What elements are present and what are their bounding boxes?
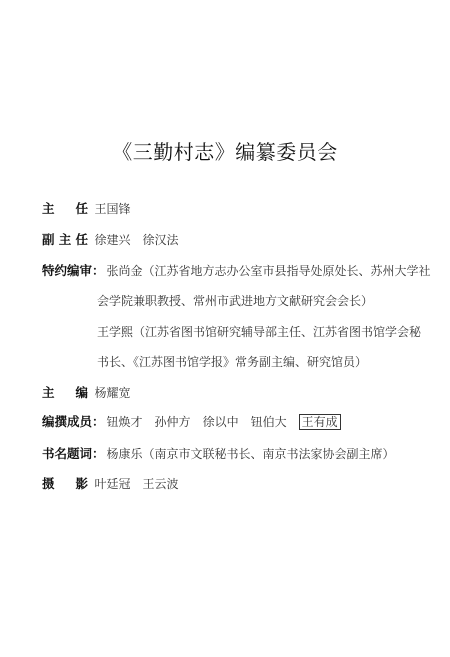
entry-members: 编撰成员：钮焕才孙仲方徐以中钮伯大王有成 (42, 414, 341, 430)
entry-special-editors: 特约编审：张尚金（江苏省地方志办公室市县指导处原处长、苏州大学社 (42, 263, 431, 279)
entry-chief-editor: 主 编 ：杨耀宽 (42, 385, 131, 401)
entry-value: 徐建兴 (95, 233, 131, 247)
entry-value: 杨康乐（南京市文联秘书长、南京书法家协会副主席） (107, 447, 395, 461)
boxed-name: 王有成 (299, 414, 341, 430)
entry-calligraphy: 书名题词：杨康乐（南京市文联秘书长、南京书法家协会副主席） (42, 446, 395, 462)
entry-value: 徐汉法 (143, 233, 179, 247)
entry-value: 孙仲方 (155, 415, 191, 429)
entry-value: 钮伯大 (251, 415, 287, 429)
entry-photography: 摄 影 ：叶廷冠王云波 (42, 476, 179, 492)
entry-continuation: 书长、《江苏图书馆学报》常务副主编、研究馆员） (97, 354, 367, 370)
entry-value: 叶廷冠 (95, 477, 131, 491)
entry-value: 王国锋 (95, 202, 131, 216)
entry-deputy-director: 副 主 任 ：徐建兴徐汉法 (42, 232, 179, 248)
entry-continuation: 王学熙（江苏省图书馆研究辅导部主任、江苏省图书馆学会秘 (97, 324, 421, 340)
entry-continuation: 会学院兼职教授、常州市武进地方文献研究会会长） (97, 293, 373, 309)
entry-value: 徐以中 (203, 415, 239, 429)
entry-director: 主 任 ：王国锋 (42, 201, 131, 217)
entry-label: 特约编审 (42, 263, 92, 279)
entry-label: 书名题词 (42, 446, 92, 462)
entry-label: 编撰成员 (42, 414, 92, 430)
entry-value: 杨耀宽 (95, 386, 131, 400)
entry-value: 王云波 (143, 477, 179, 491)
document-page: 《三勤村志》编纂委员会 主 任 ：王国锋 副 主 任 ：徐建兴徐汉法 特约编审：… (0, 0, 450, 657)
page-title: 《三勤村志》编纂委员会 (0, 136, 450, 165)
entry-value: 张尚金（江苏省地方志办公室市县指导处原处长、苏州大学社 (107, 264, 431, 278)
entry-value: 钮焕才 (107, 415, 143, 429)
